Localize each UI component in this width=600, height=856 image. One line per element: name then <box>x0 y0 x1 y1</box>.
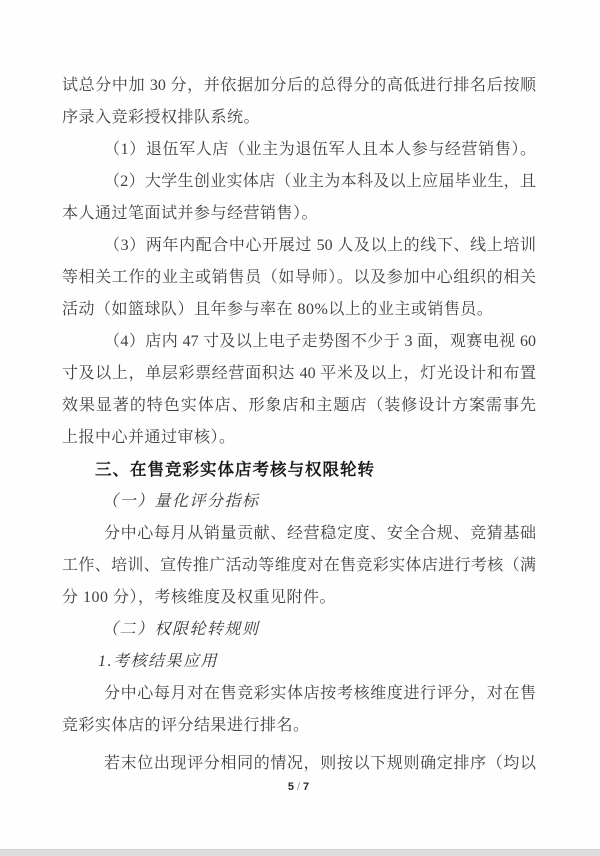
page-number-current: 5 <box>288 781 295 793</box>
document-page: 试总分中加 30 分，并依据加分后的总得分的高低进行排名后按顺 序录入竞彩授权排… <box>0 0 600 850</box>
text-line: 等相关工作的业主或销售员（如导师）。以及参加中心组织的相关 <box>62 262 536 294</box>
text-line: 活动（如篮球队）且年参与率在 80%以上的业主或销售员。 <box>62 294 536 326</box>
text-line: 效果显著的特色实体店、形象店和主题店（装修设计方案需事先 <box>62 390 536 422</box>
section-heading: 三、在售竞彩实体店考核与权限轮转 <box>62 454 536 486</box>
text-line: 分中心每月对在售竞彩实体店按考核维度进行评分，对在售 <box>62 678 536 710</box>
text-line: 分中心每月从销量贡献、经营稳定度、安全合规、竞猜基础 <box>62 518 536 550</box>
page-number-total: 7 <box>303 781 310 793</box>
page-number: 5/7 <box>62 780 536 794</box>
text-line: 序录入竞彩授权排队系统。 <box>62 102 536 134</box>
page-number-separator: / <box>295 781 303 793</box>
text-line: 试总分中加 30 分，并依据加分后的总得分的高低进行排名后按顺 <box>62 70 536 102</box>
list-item-4: （4）店内 47 寸及以上电子走势图不少于 3 面，观赛电视 60 <box>62 326 536 358</box>
list-item-1: （1）退伍军人店（业主为退伍军人且本人参与经营销售）。 <box>62 134 536 166</box>
subsection-heading-1: （一）量化评分指标 <box>62 486 536 518</box>
text-line: 本人通过笔面试并参与经营销售）。 <box>62 198 536 230</box>
text-line: 分 100 分），考核维度及权重见附件。 <box>62 582 536 614</box>
subsection-heading-2: （二）权限轮转规则 <box>62 614 536 646</box>
text-line: 寸及以上，单层彩票经营面积达 40 平米及以上，灯光设计和布置 <box>62 358 536 390</box>
text-line: 上报中心并通过审核）。 <box>62 422 536 454</box>
list-item-3: （3）两年内配合中心开展过 50 人及以上的线下、线上培训 <box>62 230 536 262</box>
numbered-subheading: 1.考核结果应用 <box>62 646 536 678</box>
text-line: 竞彩实体店的评分结果进行排名。 <box>62 710 536 742</box>
text-line: 若末位出现评分相同的情况，则按以下规则确定排序（均以 <box>62 748 536 780</box>
text-line: 工作、培训、宣传推广活动等维度对在售竞彩实体店进行考核（满 <box>62 550 536 582</box>
list-item-2: （2）大学生创业实体店（业主为本科及以上应届毕业生，且 <box>62 166 536 198</box>
